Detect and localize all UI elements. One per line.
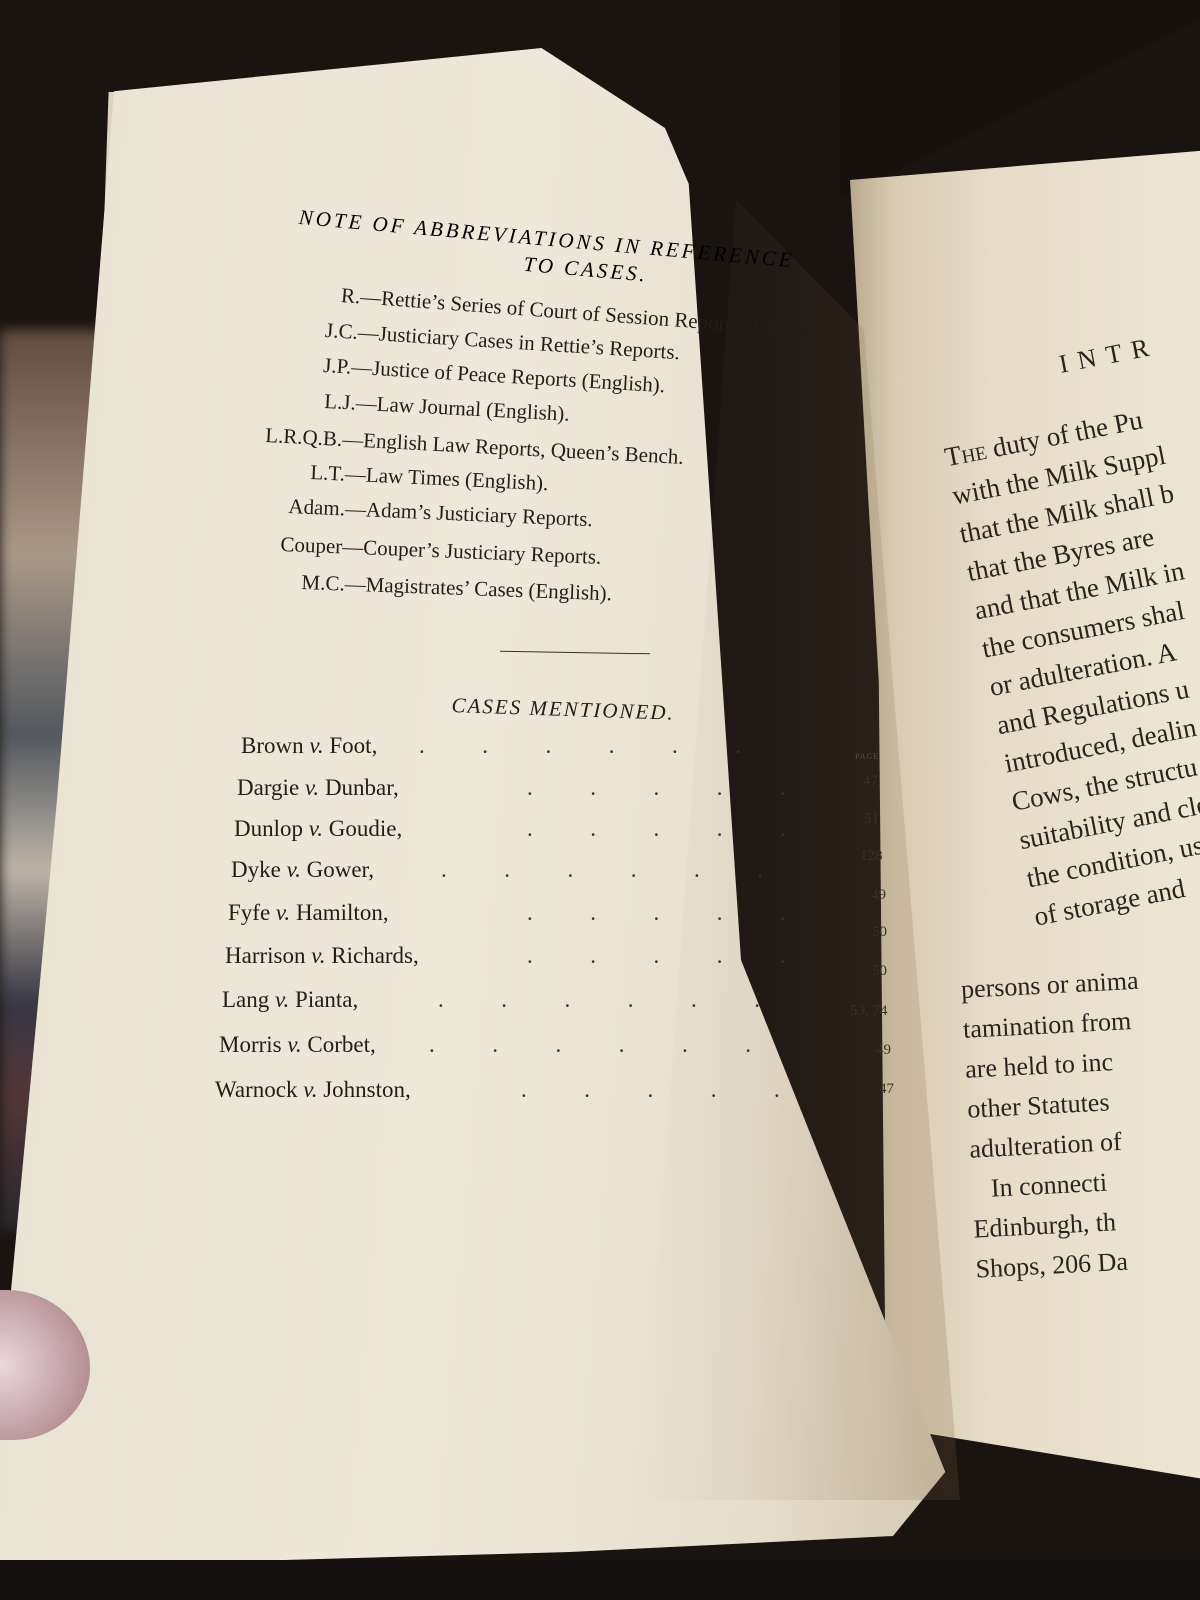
page-number: 50 (872, 924, 887, 941)
page-number: 53, 74 (850, 1003, 888, 1020)
dot-leader: . . . . . . (419, 733, 741, 759)
case-name: Warnock v. Johnston, (215, 1077, 411, 1103)
page-number: 49 (876, 1042, 891, 1059)
dot-leader: . . . . . . (429, 1032, 751, 1058)
case-name: Harrison v. Richards, (225, 943, 419, 969)
page-number: 128 (860, 848, 883, 865)
page-number: 51 (864, 811, 879, 828)
case-name: Lang v. Pianta, (222, 987, 358, 1013)
case-name: Brown v. Foot, (241, 733, 377, 759)
dot-leader: . . . . . (521, 1077, 780, 1103)
dot-leader: . . . . . (527, 943, 786, 969)
case-name: Dunlop v. Goudie, (234, 816, 402, 842)
dot-leader: . . . . . . (438, 987, 760, 1013)
case-name: Dargie v. Dunbar, (237, 775, 399, 801)
case-name: Dyke v. Gower, (231, 857, 374, 883)
case-name: Fyfe v. Hamilton, (228, 900, 389, 926)
dot-leader: . . . . . (527, 816, 786, 842)
background-dark-bottom (0, 1560, 1200, 1600)
dot-leader: . . . . . (527, 775, 786, 801)
page-number: 47 (863, 773, 878, 790)
dot-leader: . . . . . (527, 900, 786, 926)
dot-leader: . . . . . . (441, 857, 763, 883)
page-number: 50 (872, 963, 887, 980)
page-number: 49 (871, 887, 886, 904)
case-name: Morris v. Corbet, (219, 1032, 376, 1058)
right-page-lower-text: persons or anima tamination from are hel… (960, 961, 1154, 1290)
page-number: 47 (879, 1081, 894, 1098)
page-column-label: PAGE (855, 752, 879, 761)
